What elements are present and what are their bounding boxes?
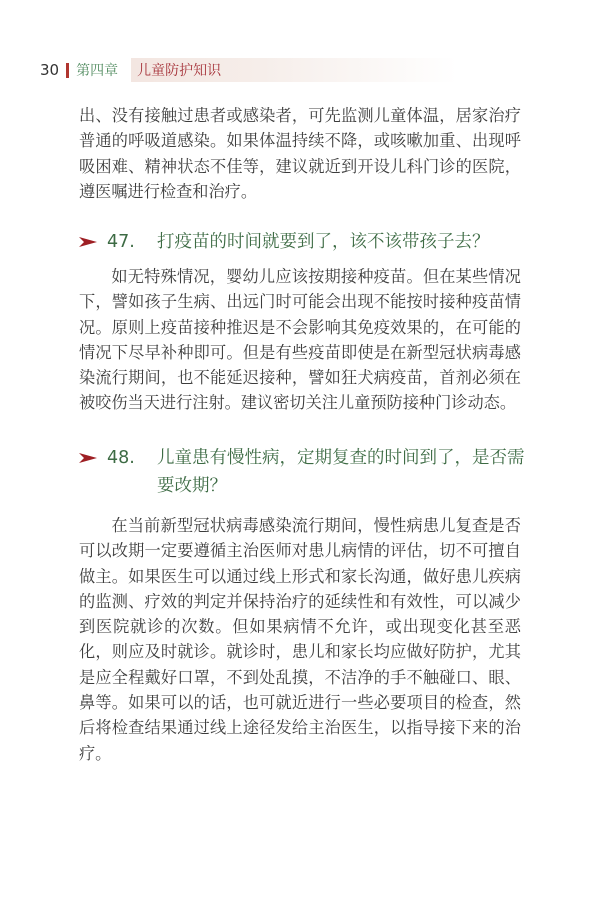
question-title: 打疫苗的时间就要到了，该不该带孩子去？ <box>157 228 529 256</box>
question-47-heading: 47. 打疫苗的时间就要到了，该不该带孩子去？ <box>79 228 529 256</box>
section-title: 儿童防护知识 <box>131 58 457 82</box>
question-number: 48. <box>107 444 157 500</box>
chapter-label: 第四章 <box>76 60 118 80</box>
answer-paragraph: 如无特殊情况，婴幼儿应该按期接种疫苗。但在某些情况下，譬如孩子生病、出远门时可能… <box>79 264 521 416</box>
intro-paragraph: 出、没有接触过患者或感染者，可先监测儿童体温，居家治疗普通的呼吸道感染。如果体温… <box>79 103 521 204</box>
arrow-bullet-icon <box>79 237 97 247</box>
question-number: 47. <box>107 228 157 256</box>
arrow-bullet-icon <box>79 453 97 463</box>
question-48-heading: 48. 儿童患有慢性病，定期复查的时间到了，是否需要改期？ <box>79 444 529 500</box>
question-title: 儿童患有慢性病，定期复查的时间到了，是否需要改期？ <box>157 444 529 500</box>
header-divider <box>66 63 69 78</box>
answer-48-block: 在当前新型冠状病毒感染流行期间，慢性病患儿复查是否可以改期一定要遵循主治医师对患… <box>79 513 521 766</box>
page-number: 30 <box>40 61 59 79</box>
page-header: 30 第四章 儿童防护知识 <box>40 59 457 81</box>
answer-47-block: 如无特殊情况，婴幼儿应该按期接种疫苗。但在某些情况下，譬如孩子生病、出远门时可能… <box>79 264 521 416</box>
answer-paragraph: 在当前新型冠状病毒感染流行期间，慢性病患儿复查是否可以改期一定要遵循主治医师对患… <box>79 513 521 766</box>
intro-block: 出、没有接触过患者或感染者，可先监测儿童体温，居家治疗普通的呼吸道感染。如果体温… <box>79 103 521 204</box>
